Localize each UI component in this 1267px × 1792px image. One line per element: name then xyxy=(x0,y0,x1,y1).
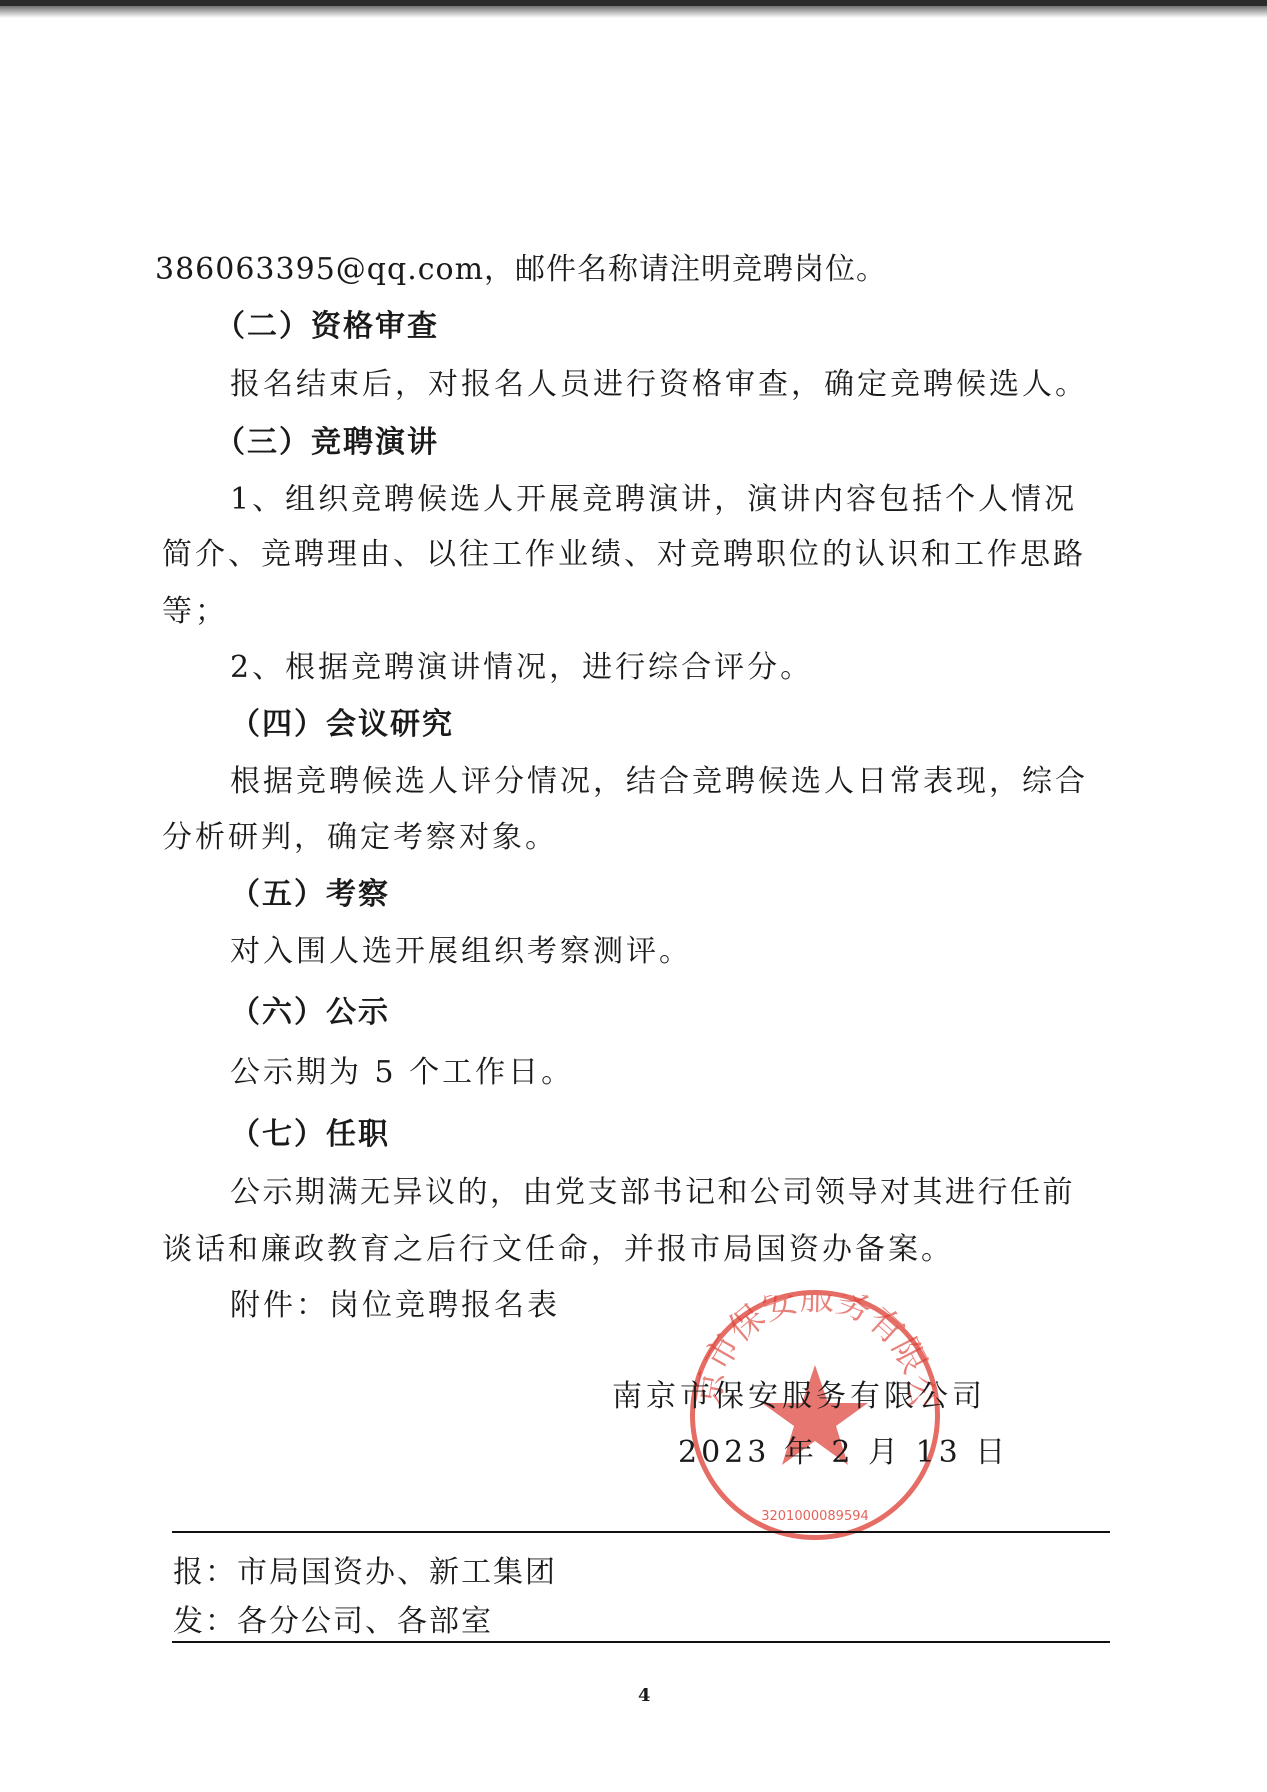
section-heading-4: （四）会议研究 xyxy=(230,705,454,745)
section-heading-3: （三）竞聘演讲 xyxy=(215,423,439,463)
section-5-body-1: 对入围人选开展组织考察测评。 xyxy=(230,932,692,972)
distribution-send-to: 发：各分公司、各部室 xyxy=(173,1602,493,1642)
email-line: 386063395@qq.com，邮件名称请注明竞聘岗位。 xyxy=(155,250,887,290)
section-2-body-1: 报名结束后，对报名人员进行资格审查，确定竞聘候选人。 xyxy=(230,365,1088,405)
section-3-body-1: 1、组织竞聘候选人开展竞聘演讲，演讲内容包括个人情况 xyxy=(230,480,1077,520)
section-7-body-1: 公示期满无异议的，由党支部书记和公司领导对其进行任前 xyxy=(230,1173,1075,1213)
section-heading-6: （六）公示 xyxy=(230,993,390,1033)
section-heading-5: （五）考察 xyxy=(230,875,390,915)
distribution-bottom-rule xyxy=(172,1641,1110,1643)
section-7-body-2: 谈话和廉政教育之后行文任命，并报市局国资办备案。 xyxy=(162,1230,954,1270)
section-heading-7: （七）任职 xyxy=(230,1115,390,1155)
section-3-body-3: 等； xyxy=(162,592,228,632)
section-heading-2: （二）资格审查 xyxy=(215,307,439,347)
signature-organization: 南京市保安服务有限公司 xyxy=(612,1377,986,1417)
section-3-body-2: 简介、竞聘理由、以往工作业绩、对竞聘职位的认识和工作思路 xyxy=(162,535,1086,575)
distribution-report-to: 报：市局国资办、新工集团 xyxy=(173,1553,557,1593)
attachment-line: 附件：岗位竞聘报名表 xyxy=(230,1286,560,1326)
seal-number: 3201000089594 xyxy=(761,1509,869,1524)
section-4-body-2: 分析研判，确定考察对象。 xyxy=(162,818,558,858)
section-3-body-4: 2、根据竞聘演讲情况，进行综合评分。 xyxy=(230,648,813,688)
scan-edge-dark xyxy=(0,0,1267,6)
section-4-body-1: 根据竞聘候选人评分情况，结合竞聘候选人日常表现，综合 xyxy=(230,762,1088,802)
page-number: 4 xyxy=(638,1685,651,1706)
section-6-body-1: 公示期为 5 个工作日。 xyxy=(230,1053,574,1093)
distribution-top-rule xyxy=(172,1531,1110,1533)
signature-date: 2023 年 2 月 13 日 xyxy=(678,1433,1009,1473)
